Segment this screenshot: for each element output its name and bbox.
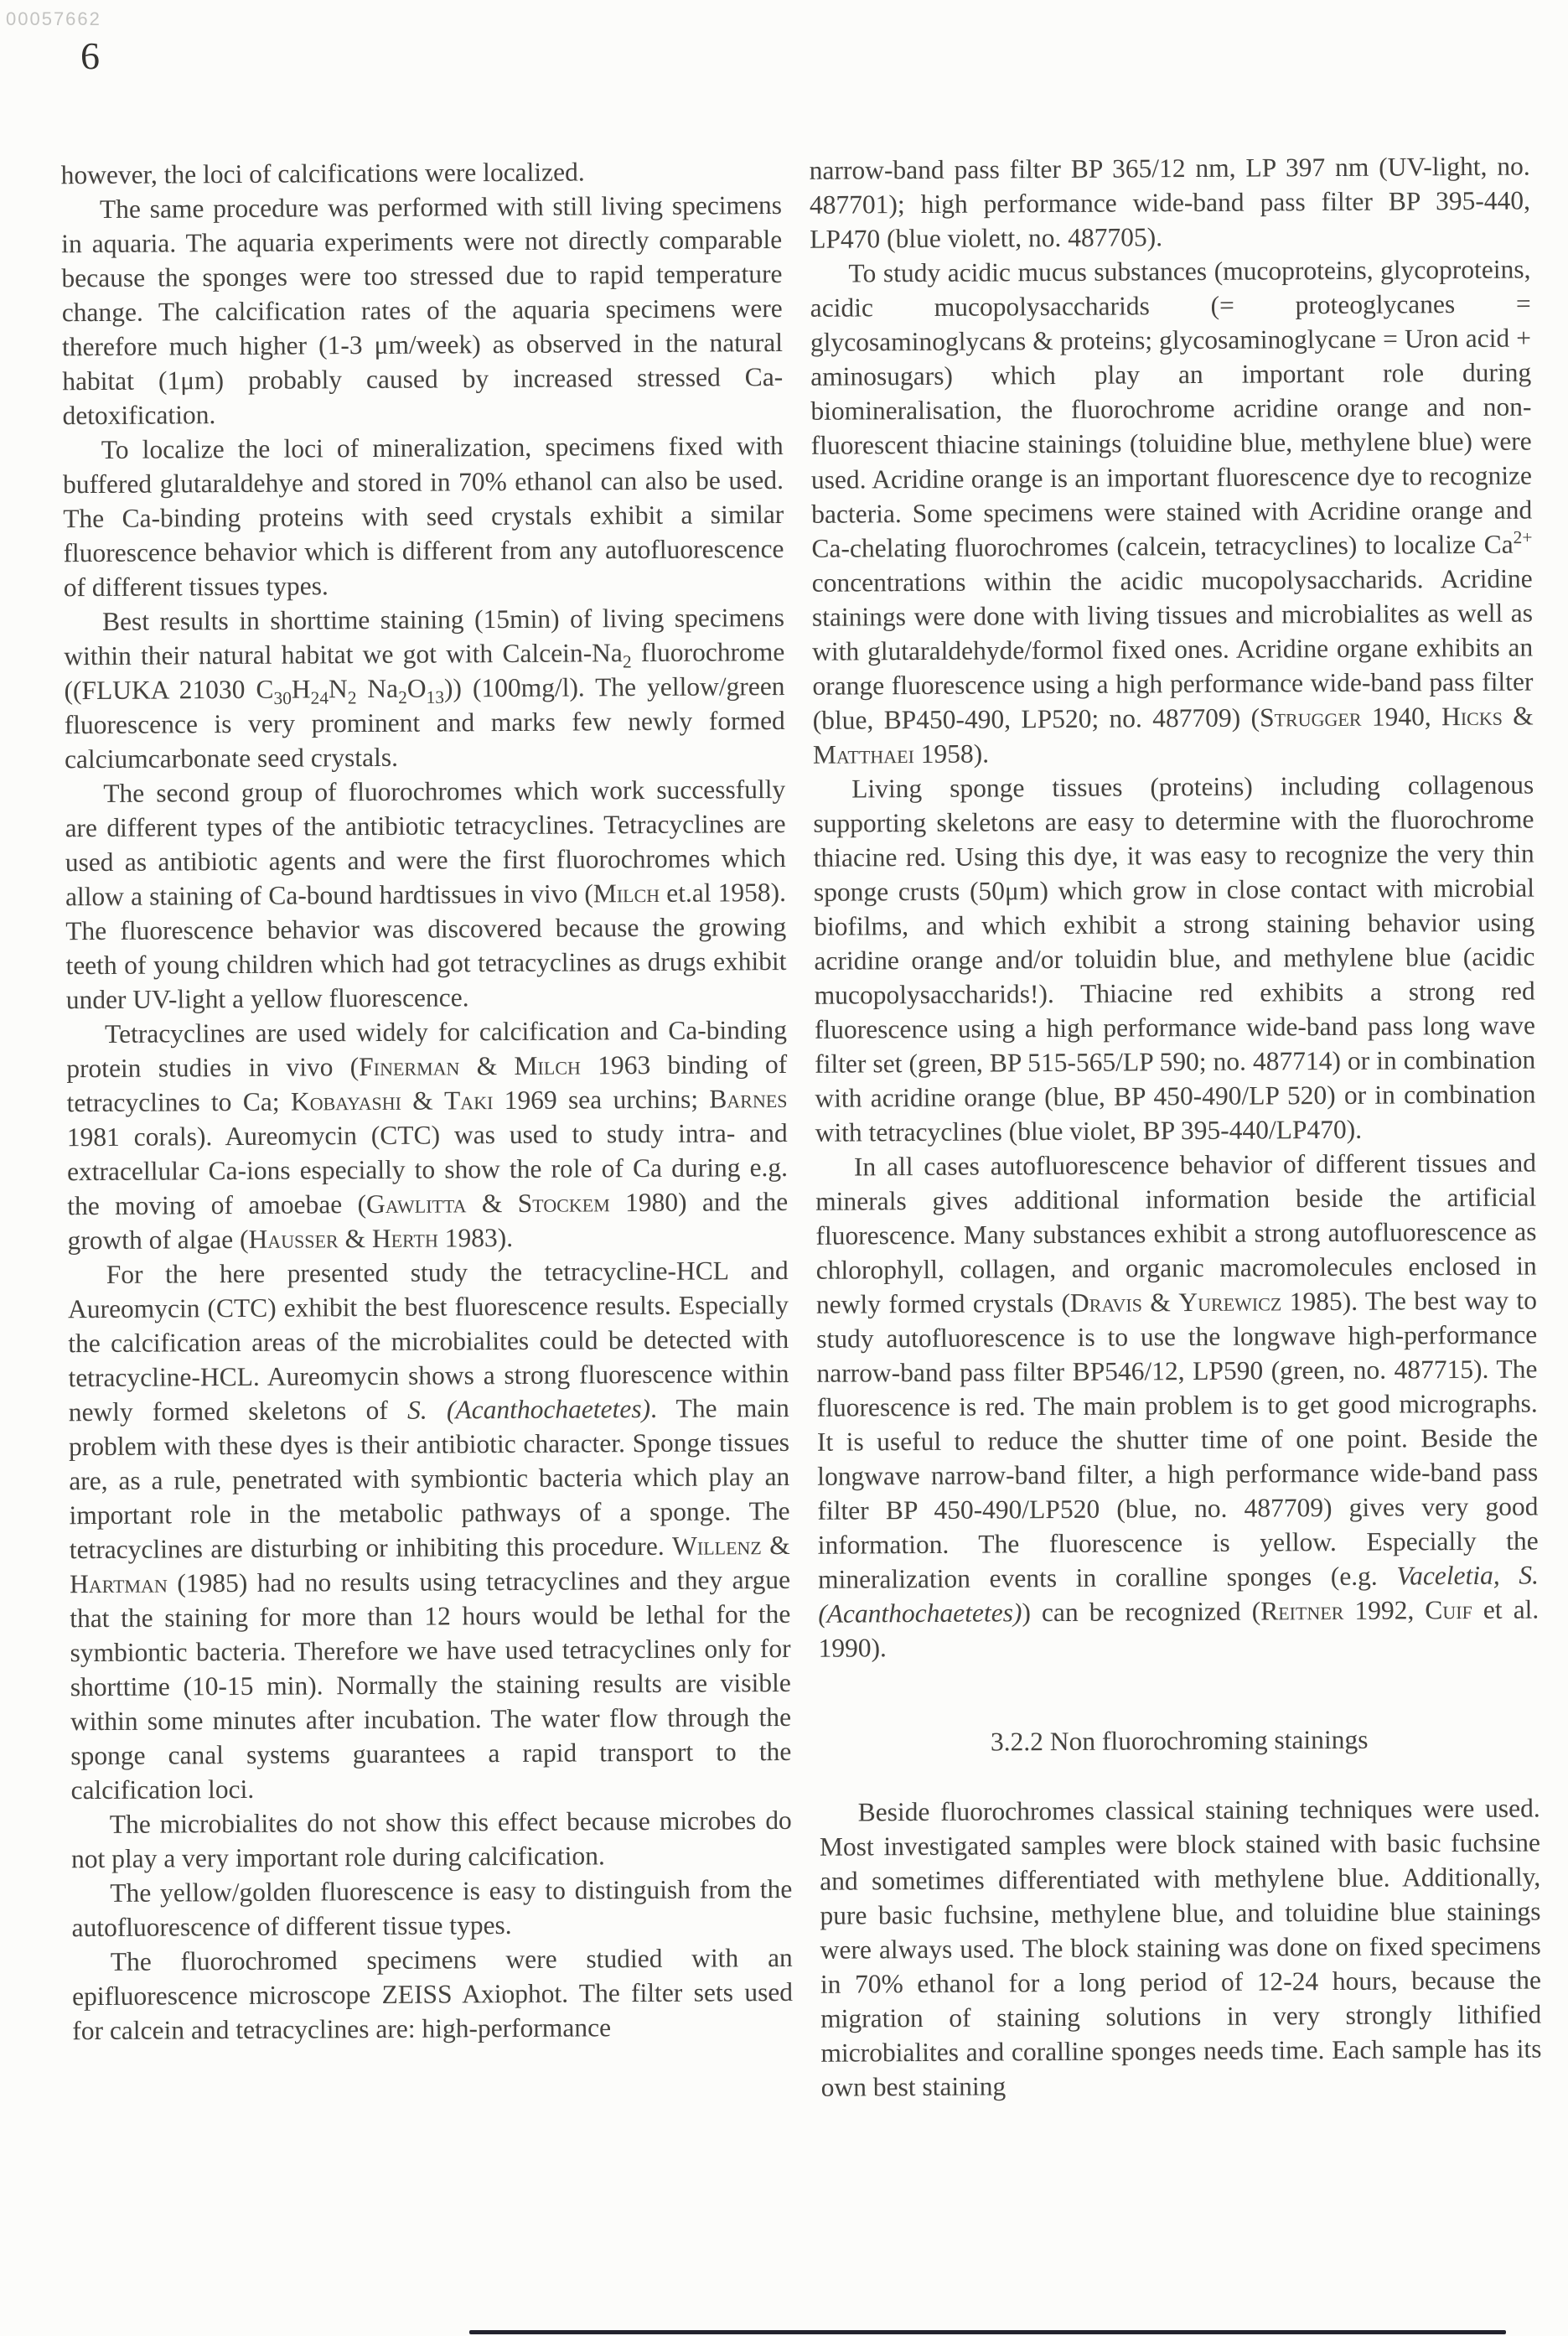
paragraph: Tetracyclines are used widely for calcif… [66,1013,789,1257]
paragraph: The yellow/golden fluorescence is easy t… [71,1872,792,1945]
paragraph: narrow-band pass filter BP 365/12 nm, LP… [810,149,1531,256]
scan-edge-artifact-line [469,2330,1506,2334]
paragraph: In all cases autofluorescence behavior o… [815,1146,1540,1665]
paragraph: To localize the loci of mineralization, … [63,428,784,604]
paragraph: The second group of fluorochromes which … [65,772,787,1017]
paragraph: The microbialites do not show this effec… [71,1803,792,1876]
scanned-document-page: 00057662 6 however, the loci of calcific… [0,0,1568,2336]
paragraph: however, the loci of calcifications were… [61,153,782,192]
paragraph: For the here presented study the tetracy… [68,1253,792,1807]
right-text-column: narrow-band pass filter BP 365/12 nm, LP… [810,149,1542,2105]
paragraph: Best results in shorttime staining (15mi… [64,600,785,776]
section-heading: 3.2.2 Non fluorochroming stainings [819,1722,1540,1760]
paragraph: The same procedure was performed with st… [61,188,784,432]
paragraph: The fluorochromed specimens were studied… [72,1940,794,2048]
paragraph: Beside fluorochromes classical staining … [820,1791,1542,2105]
paragraph: Living sponge tissues (proteins) includi… [813,768,1536,1150]
left-text-column: however, the loci of calcifications were… [61,153,794,2048]
text-columns: however, the loci of calcifications were… [0,0,1568,2336]
paragraph: To study acidic mucus substances (mucopr… [810,252,1534,772]
